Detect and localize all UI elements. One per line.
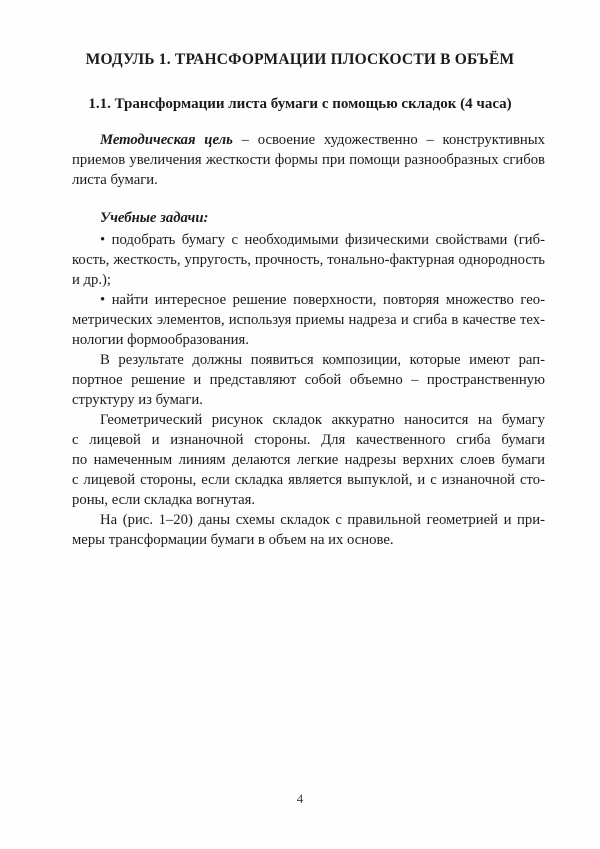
- text-line: структуру из бумаги.: [72, 390, 545, 410]
- text-line: листа бумаги.: [72, 170, 545, 190]
- paragraph-result: В результате должны появиться композиции…: [72, 350, 545, 410]
- text-line: Учебные задачи:: [72, 208, 545, 228]
- text-line: метрических элементов, используя приемы …: [72, 310, 545, 330]
- text-line: На (рис. 1–20) даны схемы складок с прав…: [72, 510, 545, 530]
- text-line: приемов увеличения жесткости формы при п…: [72, 150, 545, 170]
- text-line: с лицевой стороны, если складка является…: [72, 470, 545, 490]
- text-line: • подобрать бумагу с необходимыми физиче…: [72, 230, 545, 250]
- text-line: и др.);: [72, 270, 545, 290]
- text-line: Геометрический рисунок складок аккуратно…: [72, 410, 545, 430]
- bold-italic-lead: Методическая цель: [100, 132, 233, 148]
- paragraph-figures-reference: На (рис. 1–20) даны схемы складок с прав…: [72, 510, 545, 550]
- module-title: МОДУЛЬ 1. ТРАНСФОРМАЦИИ ПЛОСКОСТИ В ОБЪЁ…: [0, 50, 600, 70]
- section-heading: 1.1. Трансформации листа бумаги с помощь…: [0, 94, 600, 114]
- text-line: роны, если складка вогнутая.: [72, 490, 545, 510]
- document-page: МОДУЛЬ 1. ТРАНСФОРМАЦИИ ПЛОСКОСТИ В ОБЪЁ…: [0, 0, 600, 849]
- text-line: по намеченным линиям делаются легкие над…: [72, 450, 545, 470]
- text-line: портное решение и представляют собой объ…: [72, 370, 545, 390]
- page-number: 4: [0, 791, 600, 807]
- text-line: меры трансформации бумаги в объем на их …: [72, 530, 545, 550]
- text-line: Методическая цель – освоение художествен…: [72, 130, 545, 150]
- paragraph-bullet-paper-properties: • подобрать бумагу с необходимыми физиче…: [72, 230, 545, 290]
- text-line: нологии формообразования.: [72, 330, 545, 350]
- paragraph-bullet-surface-solution: • найти интересное решение поверхности, …: [72, 290, 545, 350]
- paragraph-geometric-pattern: Геометрический рисунок складок аккуратно…: [72, 410, 545, 510]
- text-line: В результате должны появиться композиции…: [72, 350, 545, 370]
- text-line: кость, жесткость, упругость, прочность, …: [72, 250, 545, 270]
- text-line: • найти интересное решение поверхности, …: [72, 290, 545, 310]
- paragraph-methodical-goal: Методическая цель – освоение художествен…: [72, 130, 545, 190]
- text-line: с лицевой и изнаночной стороны. Для каче…: [72, 430, 545, 450]
- body-text: Методическая цель – освоение художествен…: [72, 130, 545, 550]
- paragraph-tasks-heading: Учебные задачи:: [72, 208, 545, 228]
